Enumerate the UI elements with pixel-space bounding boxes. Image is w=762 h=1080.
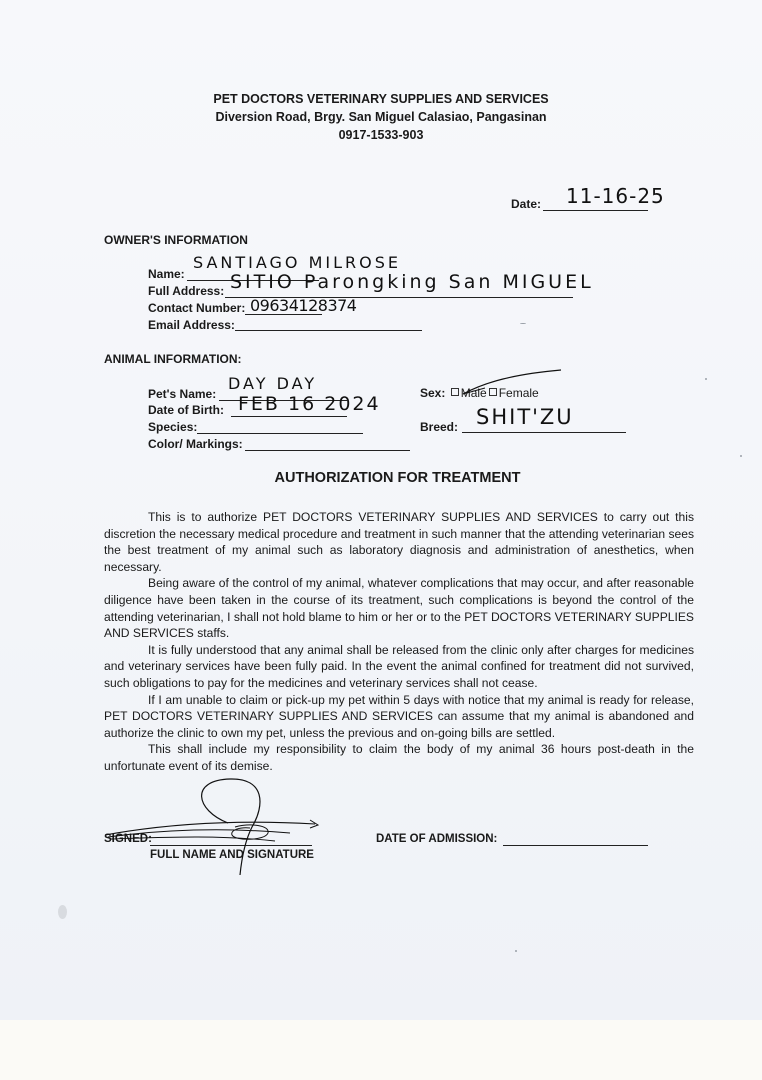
scan-speck (705, 378, 707, 380)
species-label: Species: (148, 420, 197, 434)
owner-name-handwritten: SANTIAGO MILROSE (193, 253, 401, 272)
paper-bottom-edge (0, 1020, 762, 1080)
owner-address-label: Full Address: (148, 284, 224, 298)
sex-label: Sex: (420, 386, 445, 400)
pet-name-label: Pet's Name: (148, 387, 216, 401)
authorization-body: This is to authorize PET DOCTORS VETERIN… (104, 509, 694, 775)
authorization-title: AUTHORIZATION FOR TREATMENT (0, 470, 762, 486)
owner-section-title: OWNER'S INFORMATION (104, 233, 248, 247)
date-of-admission-label: DATE OF ADMISSION: (376, 833, 497, 845)
dob-field[interactable] (231, 416, 347, 417)
pet-name-handwritten: DAY DAY (228, 374, 317, 393)
business-name: PET DOCTORS VETERINARY SUPPLIES AND SERV… (0, 90, 762, 108)
business-address: Diversion Road, Brgy. San Miguel Calasia… (0, 108, 762, 126)
breed-field[interactable] (462, 432, 626, 433)
date-of-admission-field[interactable] (503, 845, 648, 846)
owner-email-label: Email Address: (148, 318, 235, 332)
authorization-paragraph: This is to authorize PET DOCTORS VETERIN… (104, 509, 694, 575)
color-label: Color/ Markings: (148, 437, 243, 451)
owner-contact-handwritten: 09634128374 (250, 296, 356, 315)
owner-contact-label: Contact Number: (148, 301, 245, 315)
authorization-paragraph: Being aware of the control of my animal,… (104, 575, 694, 641)
scan-speck (515, 950, 517, 952)
date-handwritten: 11-16-25 (566, 184, 665, 208)
date-field[interactable] (543, 210, 648, 211)
scan-smudge (58, 905, 67, 919)
signature-scribble (100, 775, 360, 880)
animal-section-title: ANIMAL INFORMATION: (104, 352, 242, 366)
dob-handwritten: FEB 16 2024 (238, 393, 381, 415)
sex-female-check-mark (455, 368, 565, 398)
owner-name-label: Name: (148, 267, 185, 281)
authorization-paragraph: This shall include my responsibility to … (104, 741, 694, 774)
owner-email-field[interactable] (235, 330, 422, 331)
date-label: Date: (511, 197, 541, 211)
species-field[interactable] (197, 433, 363, 434)
color-field[interactable] (245, 450, 410, 451)
authorization-paragraph: If I am unable to claim or pick-up my pe… (104, 692, 694, 742)
letterhead: PET DOCTORS VETERINARY SUPPLIES AND SERV… (0, 90, 762, 144)
business-phone: 0917-1533-903 (0, 126, 762, 144)
owner-address-handwritten: SITIO Parongking San MIGUEL (230, 271, 594, 293)
authorization-paragraph: It is fully understood that any animal s… (104, 642, 694, 692)
scan-speck (740, 455, 742, 457)
breed-handwritten: SHIT'ZU (476, 405, 574, 429)
dob-label: Date of Birth: (148, 403, 224, 417)
scan-speck (520, 323, 526, 324)
breed-label: Breed: (420, 420, 458, 434)
